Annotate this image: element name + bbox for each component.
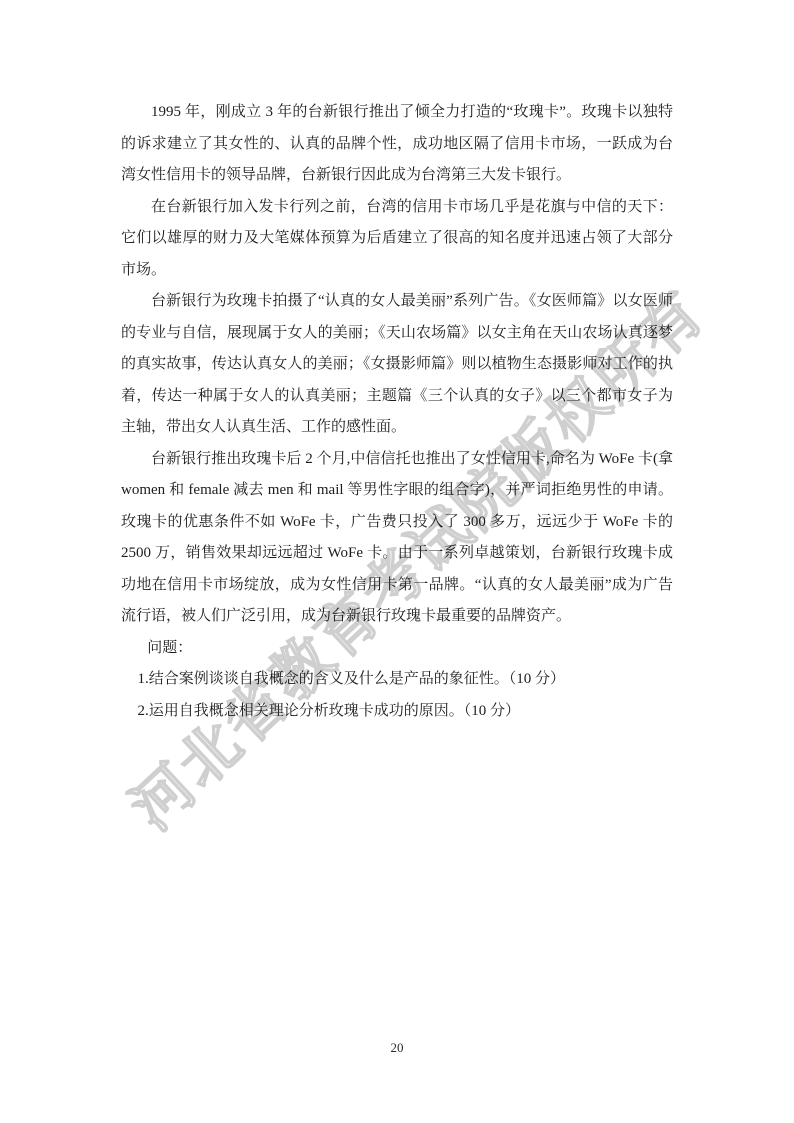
paragraph-market-background: 在台新银行加入发卡行列之前，台湾的信用卡市场几乎是花旗与中信的天下：它们以雄厚的…: [121, 192, 673, 287]
question-item-1: 1.结合案例谈谈自我概念的含义及什么是产品的象征性。（10 分）: [121, 664, 673, 696]
page-number: 20: [0, 1040, 794, 1056]
question-item-2: 2.运用自我概念相关理论分析玫瑰卡成功的原因。（10 分）: [121, 696, 673, 728]
questions-label: 问题：: [121, 633, 673, 665]
paragraph-wofe-competition: 台新银行推出玫瑰卡后 2 个月,中信信托也推出了女性信用卡,命名为 WoFe 卡…: [121, 444, 673, 633]
document-body: 1995 年，刚成立 3 年的台新银行推出了倾全力打造的“玫瑰卡”。玫瑰卡以独特…: [121, 97, 673, 727]
paragraph-ad-campaign: 台新银行为玫瑰卡拍摄了“认真的女人最美丽”系列广告。《女医师篇》以女医师的专业与…: [121, 286, 673, 444]
paragraph-intro: 1995 年，刚成立 3 年的台新银行推出了倾全力打造的“玫瑰卡”。玫瑰卡以独特…: [121, 97, 673, 192]
